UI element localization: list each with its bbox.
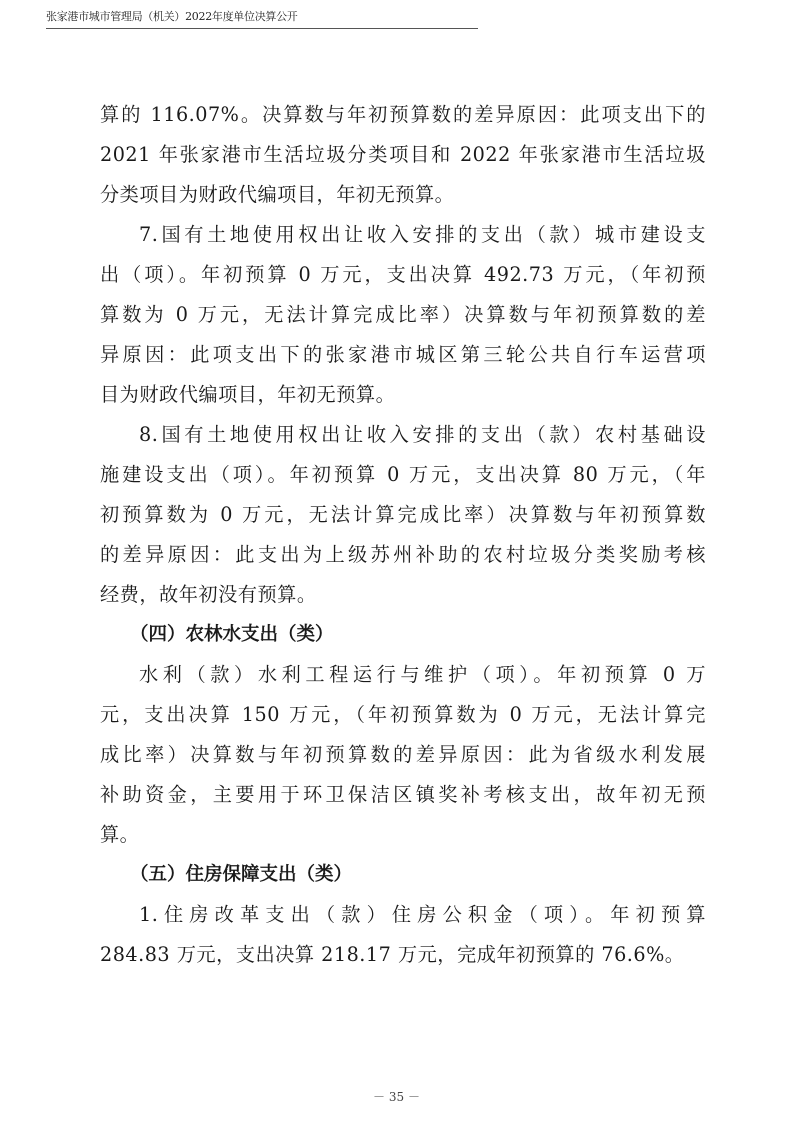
section-heading-4: （四）农林水支出（类） — [100, 615, 706, 655]
text-line: 算数为 0 万元，无法计算完成比率）决算数与年初预算数的差 — [100, 295, 706, 335]
paragraph-section-4: 水利（款）水利工程运行与维护（项）。年初预算 0 万 元，支出决算 150 万元… — [100, 655, 706, 855]
text-line: 施建设支出（项）。年初预算 0 万元，支出决算 80 万元，（年 — [100, 455, 706, 495]
page-number: － 35 － — [0, 1088, 793, 1105]
text-line: 经费，故年初没有预算。 — [100, 575, 706, 615]
document-header: 张家港市城市管理局（机关）2022年度单位决算公开 — [46, 8, 478, 24]
text-line: 2021 年张家港市生活垃圾分类项目和 2022 年张家港市生活垃圾 — [100, 135, 706, 175]
text-line: 8.国有土地使用权出让收入安排的支出（款）农村基础设 — [100, 415, 706, 455]
text-line: 算的 116.07%。决算数与年初预算数的差异原因：此项支出下的 — [100, 95, 706, 135]
paragraph-item-7: 7.国有土地使用权出让收入安排的支出（款）城市建设支 出（项）。年初预算 0 万… — [100, 215, 706, 415]
page-body: 算的 116.07%。决算数与年初预算数的差异原因：此项支出下的 2021 年张… — [100, 95, 706, 975]
text-line: 1.住房改革支出（款）住房公积金（项）。年初预算 — [100, 895, 706, 935]
paragraph-section-5-item-1: 1.住房改革支出（款）住房公积金（项）。年初预算 284.83 万元，支出决算 … — [100, 895, 706, 975]
text-line: 补助资金，主要用于环卫保洁区镇奖补考核支出，故年初无预 — [100, 775, 706, 815]
text-line: 出（项）。年初预算 0 万元，支出决算 492.73 万元，（年初预 — [100, 255, 706, 295]
header-divider — [46, 28, 478, 29]
text-line: 初预算数为 0 万元，无法计算完成比率）决算数与年初预算数 — [100, 495, 706, 535]
text-line: 算。 — [100, 815, 706, 855]
text-line: 目为财政代编项目，年初无预算。 — [100, 375, 706, 415]
text-line: 成比率）决算数与年初预算数的差异原因：此为省级水利发展 — [100, 735, 706, 775]
section-heading-5: （五）住房保障支出（类） — [100, 855, 706, 895]
text-line: 284.83 万元，支出决算 218.17 万元，完成年初预算的 76.6%。 — [100, 935, 706, 975]
paragraph-item-8: 8.国有土地使用权出让收入安排的支出（款）农村基础设 施建设支出（项）。年初预算… — [100, 415, 706, 615]
text-line: 水利（款）水利工程运行与维护（项）。年初预算 0 万 — [100, 655, 706, 695]
text-line: 7.国有土地使用权出让收入安排的支出（款）城市建设支 — [100, 215, 706, 255]
text-line: 异原因：此项支出下的张家港市城区第三轮公共自行车运营项 — [100, 335, 706, 375]
text-line: 元，支出决算 150 万元，（年初预算数为 0 万元，无法计算完 — [100, 695, 706, 735]
text-line: 分类项目为财政代编项目，年初无预算。 — [100, 175, 706, 215]
text-line: 的差异原因：此支出为上级苏州补助的农村垃圾分类奖励考核 — [100, 535, 706, 575]
paragraph-continued: 算的 116.07%。决算数与年初预算数的差异原因：此项支出下的 2021 年张… — [100, 95, 706, 215]
